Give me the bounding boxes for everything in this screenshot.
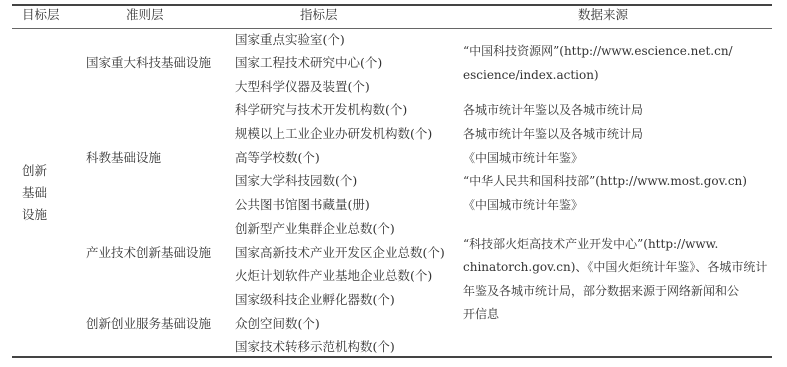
criteria-item: 国家重大科技基础设施 [86,55,211,71]
target-layer-line: 基础 [22,185,47,201]
source-line: 《中国城市统计年鉴》 [463,197,583,213]
indicator-item: 国家大学科技园数(个) [235,173,357,189]
indicator-item: 国家高新技术产业开发区企业总数(个) [235,245,445,261]
source-line: 年鉴及各城市统计局，部分数据来源于网络新闻和公 [463,283,739,299]
source-line: chinatorch.gov.cn)、《中国火炬统计年鉴》、各城市统计 [463,259,767,275]
header-criteria-layer: 准则层 [126,7,164,23]
criteria-item: 科教基础设施 [86,150,161,166]
target-layer-line: 设施 [22,207,47,223]
source-line: “中华人民共和国科技部”(http://www.most.gov.cn) [463,173,747,189]
source-line: “科技部火炬高技术产业开发中心”(http://www. [463,236,718,252]
indicator-item: 高等学校数(个) [235,150,320,166]
indicator-item: 公共图书馆图书藏量(册) [235,197,370,213]
criteria-item: 产业技术创新基础设施 [86,245,211,261]
header-target-layer: 目标层 [22,7,60,23]
criteria-item: 创新创业服务基础设施 [86,316,211,332]
indicator-item: 火炬计划软件产业基地企业总数(个) [235,268,432,284]
indicator-item: 众创空间数(个) [235,316,320,332]
indicator-item: 国家工程技术研究中心(个) [235,55,382,71]
indicator-item: 国家重点实验室(个) [235,32,345,48]
target-layer-line: 创新 [22,163,47,179]
bottom-rule [12,356,772,358]
indicator-item: 大型科学仪器及装置(个) [235,79,370,95]
source-line: 各城市统计年鉴以及各城市统计局 [463,102,643,118]
header-data-source: 数据来源 [578,7,628,23]
indicator-item: 国家技术转移示范机构数(个) [235,339,395,355]
top-rule [12,4,772,6]
indicator-item: 规模以上工业企业办研发机构数(个) [235,126,432,142]
source-line: 各城市统计年鉴以及各城市统计局 [463,126,643,142]
source-line: escience/index.action) [463,67,599,83]
source-line: 《中国城市统计年鉴》 [463,150,583,166]
header-rule [12,28,772,29]
indicator-item: 国家级科技企业孵化器数(个) [235,292,395,308]
header-indicator-layer: 指标层 [300,7,338,23]
source-line: “中国科技资源网”(http://www.escience.net.cn/ [463,43,733,59]
indicator-item: 创新型产业集群企业总数(个) [235,221,395,237]
source-line: 开信息 [463,306,499,322]
indicator-item: 科学研究与技术开发机构数(个) [235,102,407,118]
